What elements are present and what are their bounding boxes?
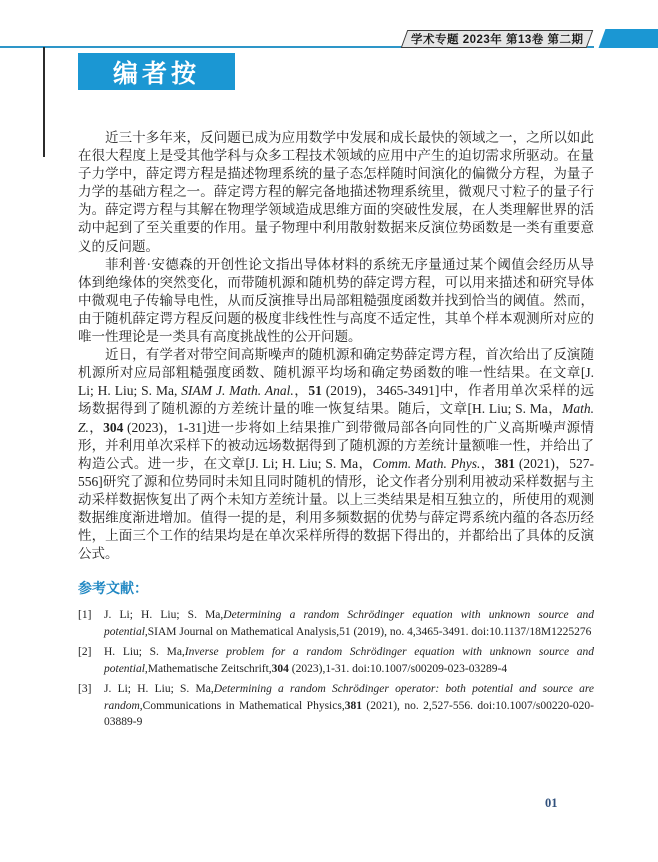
- body-paragraph: 近三十多年来，反问题已成为应用数学中发展和成长最快的领域之一，之所以如此在很大程…: [78, 129, 594, 256]
- text-run: H. Liu; S. Ma,: [104, 646, 185, 658]
- body-paragraphs: 近三十多年来，反问题已成为应用数学中发展和成长最快的领域之一，之所以如此在很大程…: [78, 129, 594, 563]
- text-run: 菲利普·安德森的开创性论文指出导体材料的系统无序量通过某个阈值会经历从导体到绝缘…: [78, 257, 594, 344]
- page-number: 01: [545, 796, 558, 811]
- reference-text: H. Liu; S. Ma,Inverse problem for a rand…: [104, 644, 594, 677]
- left-vertical-rule: [43, 47, 45, 157]
- italic-text-run: Comm. Math. Phys.: [373, 456, 481, 471]
- reference-label: [3]: [78, 681, 104, 731]
- text-run: J. Li; H. Liu; S. Ma,: [104, 683, 214, 695]
- reference-label: [1]: [78, 607, 104, 640]
- text-run: ，: [294, 383, 309, 398]
- reference-label: [2]: [78, 644, 104, 677]
- journal-info-tag: 学术专题 2023年 第13卷 第二期: [401, 30, 594, 48]
- reference-item: [1]J. Li; H. Liu; S. Ma,Determining a ra…: [78, 607, 594, 640]
- body-paragraph: 菲利普·安德森的开创性论文指出导体材料的系统无序量通过某个阈值会经历从导体到绝缘…: [78, 256, 594, 346]
- references-list: [1]J. Li; H. Liu; S. Ma,Determining a ra…: [78, 607, 594, 731]
- header-accent-shape: [599, 29, 658, 48]
- text-run: (2021)，527-556]研究了源和位势同时未知且同时随机的情形，论文作者分…: [78, 456, 594, 561]
- bold-text-run: 304: [272, 663, 289, 675]
- bold-text-run: 381: [495, 456, 515, 471]
- references-heading: 参考文献：: [78, 578, 594, 598]
- reference-text: J. Li; H. Liu; S. Ma,Determining a rando…: [104, 607, 594, 640]
- editor-note-badge: 编者按: [78, 53, 235, 90]
- journal-page: 学术专题 2023年 第13卷 第二期 编者按 近三十多年来，反问题已成为应用数…: [0, 0, 658, 862]
- reference-item: [3]J. Li; H. Liu; S. Ma,Determining a ra…: [78, 681, 594, 731]
- bold-text-run: 51: [308, 383, 322, 398]
- reference-text: J. Li; H. Liu; S. Ma,Determining a rando…: [104, 681, 594, 731]
- text-run: J. Li; H. Liu; S. Ma,: [104, 609, 223, 621]
- body-paragraph: 近日，有学者对带空间高斯噪声的随机源和确定势薛定谔方程，首次给出了反演随机源所对…: [78, 346, 594, 563]
- text-run: ，: [89, 420, 103, 435]
- article-body: 近三十多年来，反问题已成为应用数学中发展和成长最快的领域之一，之所以如此在很大程…: [78, 129, 594, 735]
- text-run: ，: [480, 456, 494, 471]
- journal-info-label: 学术专题 2023年 第13卷 第二期: [411, 31, 583, 47]
- bold-text-run: 304: [103, 420, 123, 435]
- text-run: (2023),1-31. doi:10.1007/s00209-023-0328…: [289, 663, 507, 675]
- italic-text-run: SIAM J. Math. Anal.: [181, 383, 293, 398]
- text-run: 近三十多年来，反问题已成为应用数学中发展和成长最快的领域之一，之所以如此在很大程…: [78, 130, 594, 254]
- bold-text-run: 381: [345, 700, 362, 712]
- text-run: ,Communications in Mathematical Physics,: [140, 700, 345, 712]
- text-run: ,SIAM Journal on Mathematical Analysis,5…: [145, 626, 591, 638]
- reference-item: [2]H. Liu; S. Ma,Inverse problem for a r…: [78, 644, 594, 677]
- text-run: ,Mathematische Zeitschrift,: [145, 663, 272, 675]
